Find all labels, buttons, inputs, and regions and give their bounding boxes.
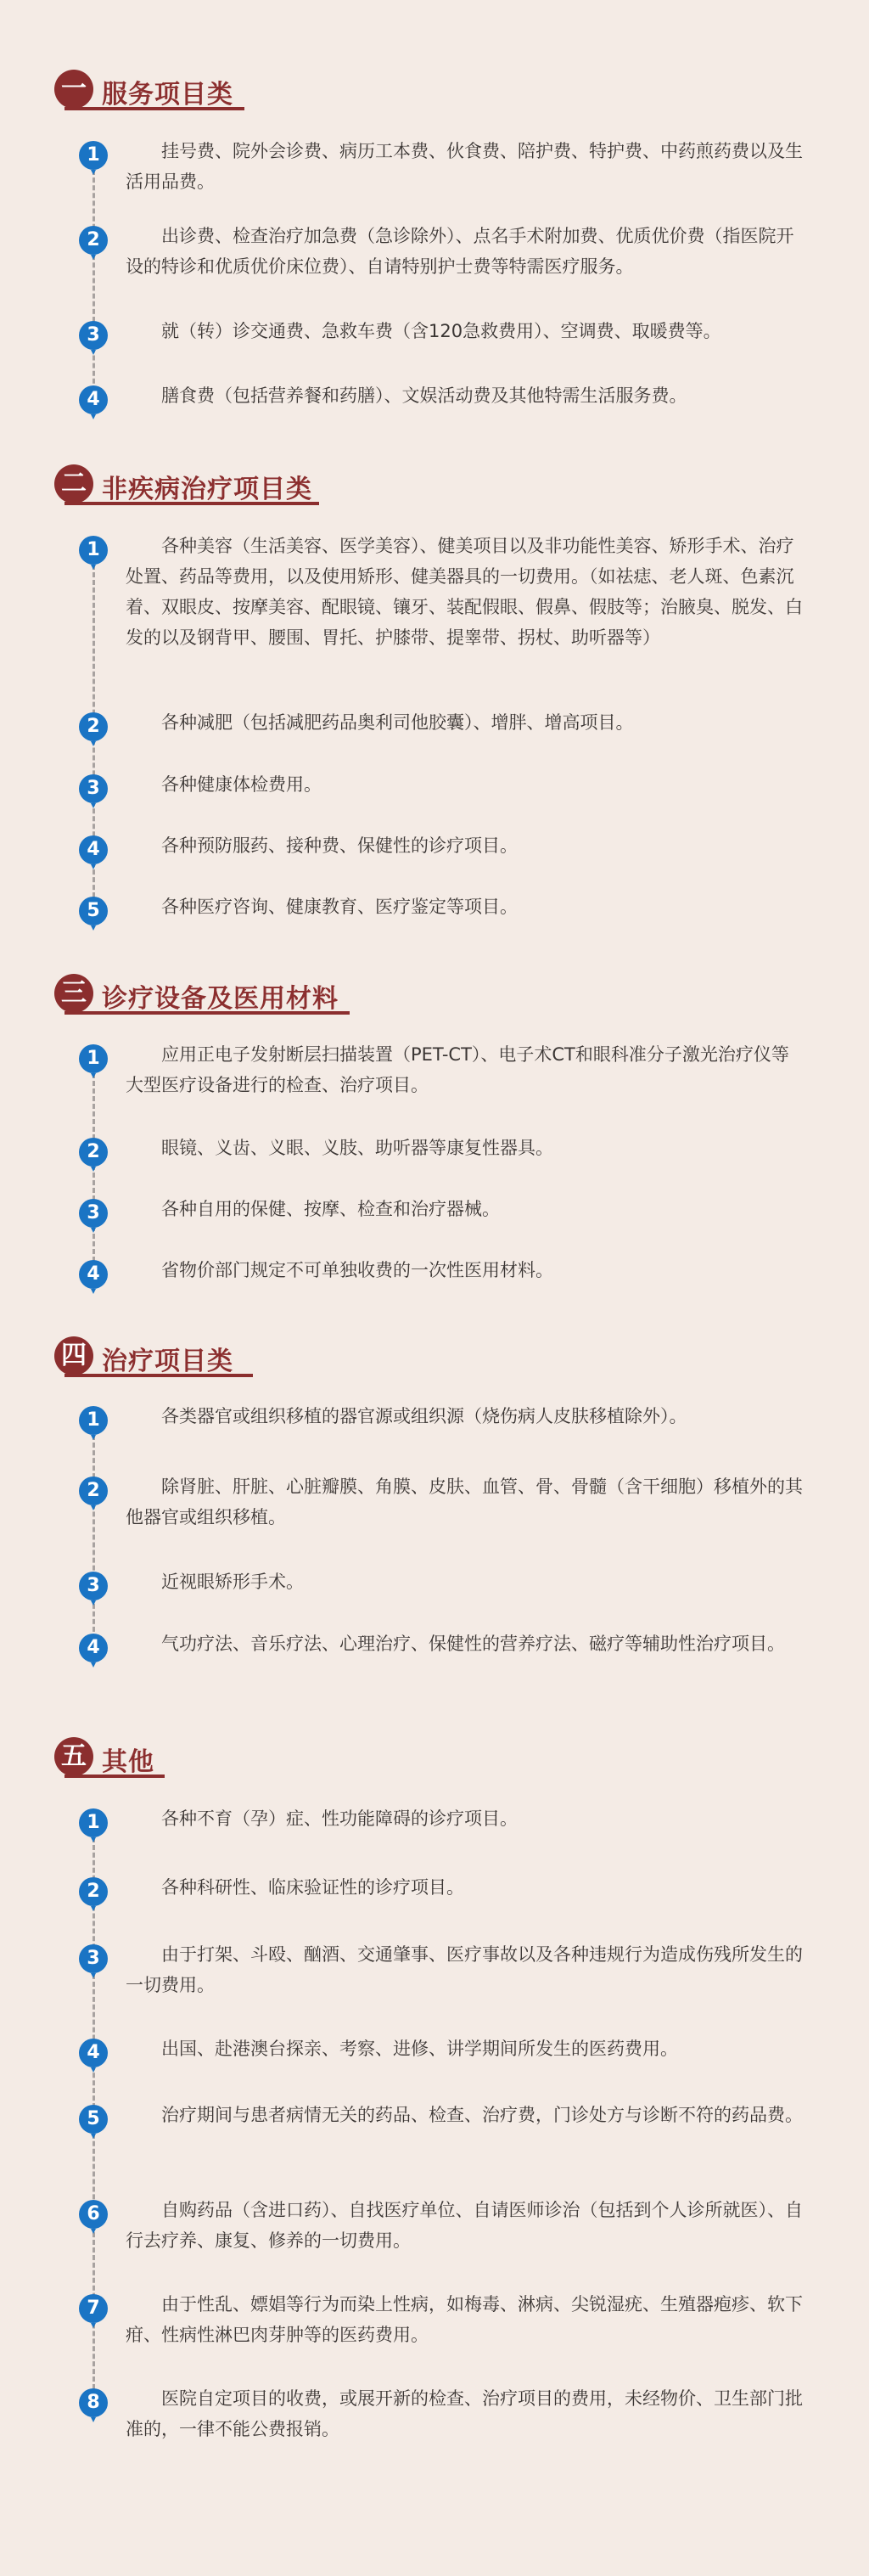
section-title: 其他 <box>102 1741 154 1778</box>
item-text: 出国、赴港澳台探亲、考察、进修、讲学期间所发生的医药费用。 <box>126 2033 805 2064</box>
item-text: 由于打架、斗殴、酗酒、交通肇事、医疗事故以及各种违规行为造成伤残所发生的一切费用… <box>126 1939 805 2000</box>
item-text: 就（转）诊交通费、急救车费（含120急救费用）、空调费、取暖费等。 <box>126 316 805 346</box>
section-underline <box>64 502 319 505</box>
section-service-items: 一 服务项目类 <box>0 70 869 121</box>
number-badge-icon: 1 <box>79 536 108 565</box>
section-treatment-items: 四 治疗项目类 <box>0 1336 869 1387</box>
item-text: 各种减肥（包括减肥药品奥利司他胶囊）、增胖、增高项目。 <box>126 707 805 738</box>
section-number-badge: 二 <box>54 464 93 503</box>
timeline-dashed-line <box>93 170 95 399</box>
number-badge-icon: 2 <box>79 1877 108 1906</box>
section-equipment-materials: 三 诊疗设备及医用材料 <box>0 974 869 1025</box>
section-number-badge: 三 <box>54 974 93 1013</box>
number-badge-icon: 5 <box>79 897 108 925</box>
section-number-badge: 一 <box>54 70 93 109</box>
item-text: 省物价部门规定不可单独收费的一次性医用材料。 <box>126 1255 805 1285</box>
item-text: 各种科研性、临床验证性的诊疗项目。 <box>126 1872 805 1903</box>
section-underline <box>64 107 244 110</box>
timeline-dashed-line <box>93 1435 95 1647</box>
item-text: 出诊费、检查治疗加急费（急诊除外）、点名手术附加费、优质优价费（指医院开设的特诊… <box>126 221 805 282</box>
section-header: 三 诊疗设备及医用材料 <box>0 974 869 1025</box>
item-text: 气功疗法、音乐疗法、心理治疗、保健性的营养疗法、磁疗等辅助性治疗项目。 <box>126 1628 805 1659</box>
number-badge-icon: 4 <box>79 2039 108 2067</box>
number-badge-icon: 8 <box>79 2388 108 2417</box>
number-badge-icon: 1 <box>79 1044 108 1073</box>
section-header: 二 非疾病治疗项目类 <box>0 464 869 515</box>
number-badge-icon: 3 <box>79 1572 108 1600</box>
number-badge-icon: 6 <box>79 2200 108 2229</box>
section-underline <box>64 1775 165 1778</box>
number-badge-icon: 1 <box>79 1808 108 1837</box>
item-text: 各种健康体检费用。 <box>126 769 805 800</box>
item-text: 各种自用的保健、按摩、检查和治疗器械。 <box>126 1194 805 1224</box>
section-header: 四 治疗项目类 <box>0 1336 869 1387</box>
item-text: 治疗期间与患者病情无关的药品、检查、治疗费，门诊处方与诊断不符的药品费。 <box>126 2100 805 2130</box>
section-underline <box>64 1011 350 1015</box>
number-badge-icon: 3 <box>79 321 108 350</box>
section-underline <box>64 1374 253 1377</box>
number-badge-icon: 2 <box>79 1476 108 1505</box>
number-badge-icon: 3 <box>79 774 108 803</box>
section-title: 非疾病治疗项目类 <box>102 468 312 505</box>
item-text: 各种预防服药、接种费、保健性的诊疗项目。 <box>126 830 805 861</box>
item-text: 各种医疗咨询、健康教育、医疗鉴定等项目。 <box>126 891 805 922</box>
number-badge-icon: 5 <box>79 2105 108 2134</box>
number-badge-icon: 4 <box>79 1260 108 1289</box>
number-badge-icon: 3 <box>79 1199 108 1228</box>
section-title: 治疗项目类 <box>102 1340 233 1377</box>
item-text: 由于性乱、嫖娼等行为而染上性病，如梅毒、淋病、尖锐湿疣、生殖器疱疹、软下疳、性病… <box>126 2289 805 2350</box>
number-badge-icon: 4 <box>79 385 108 414</box>
item-text: 眼镜、义齿、义眼、义肢、助听器等康复性器具。 <box>126 1133 805 1163</box>
number-badge-icon: 2 <box>79 712 108 741</box>
item-text: 医院自定项目的收费，或展开新的检查、治疗项目的费用，未经物价、卫生部门批准的，一… <box>126 2383 805 2444</box>
timeline-dashed-line <box>93 1073 95 1277</box>
item-text: 挂号费、院外会诊费、病历工本费、伙食费、陪护费、特护费、中药煎药费以及生活用品费… <box>126 136 805 197</box>
number-badge-icon: 4 <box>79 1634 108 1662</box>
section-title: 服务项目类 <box>102 73 233 110</box>
item-text: 除肾脏、肝脏、心脏瓣膜、角膜、皮肤、血管、骨、骨髓（含干细胞）移植外的其他器官或… <box>126 1471 805 1533</box>
section-non-disease-treatment: 二 非疾病治疗项目类 <box>0 464 869 515</box>
number-badge-icon: 7 <box>79 2294 108 2323</box>
item-text: 自购药品（含进口药）、自找医疗单位、自请医师诊治（包括到个人诊所就医）、自行去疗… <box>126 2195 805 2256</box>
number-badge-icon: 2 <box>79 226 108 255</box>
item-text: 各种美容（生活美容、医学美容）、健美项目以及非功能性美容、矫形手术、治疗处置、药… <box>126 531 805 653</box>
number-badge-icon: 3 <box>79 1944 108 1973</box>
section-header: 一 服务项目类 <box>0 70 869 121</box>
number-badge-icon: 4 <box>79 835 108 864</box>
number-badge-icon: 1 <box>79 1406 108 1435</box>
section-others: 五 其他 <box>0 1737 869 1788</box>
item-text: 应用正电子发射断层扫描装置（PET-CT）、电子术CT和眼科准分子激光治疗仪等大… <box>126 1039 805 1100</box>
number-badge-icon: 2 <box>79 1138 108 1167</box>
item-text: 近视眼矫形手术。 <box>126 1566 805 1597</box>
item-text: 膳食费（包括营养餐和药膳）、文娱活动费及其他特需生活服务费。 <box>126 380 805 411</box>
number-badge-icon: 1 <box>79 141 108 170</box>
item-text: 各种不育（孕）症、性功能障碍的诊疗项目。 <box>126 1803 805 1834</box>
section-number-badge: 四 <box>54 1336 93 1375</box>
item-text: 各类器官或组织移植的器官源或组织源（烧伤病人皮肤移植除外）。 <box>126 1401 805 1431</box>
section-number-badge: 五 <box>54 1737 93 1776</box>
section-header: 五 其他 <box>0 1737 869 1788</box>
section-title: 诊疗设备及医用材料 <box>102 977 339 1015</box>
